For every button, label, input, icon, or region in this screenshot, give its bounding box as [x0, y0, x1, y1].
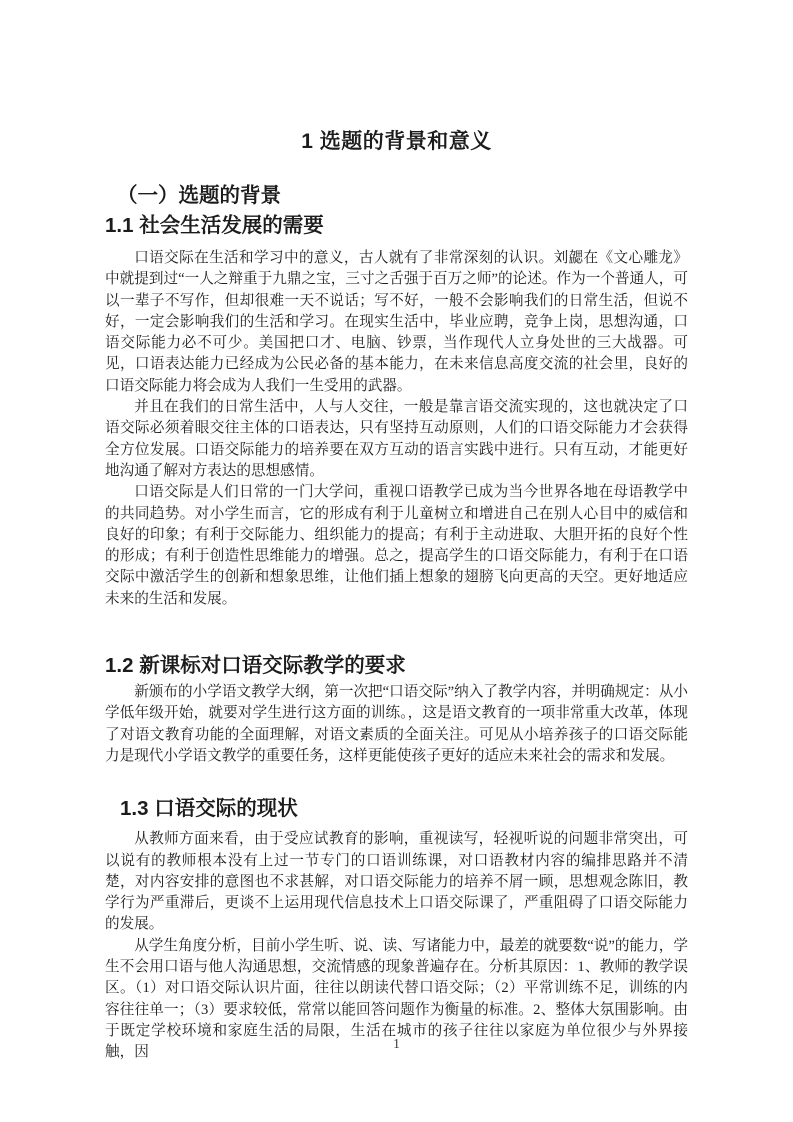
paragraph-1-1-a: 口语交际在生活和学习中的意义，古人就有了非常深刻的认识。刘勰在《文心雕龙》中就提…: [105, 248, 688, 397]
subsection-1-3-body: 从教师方面来看，由于受应试教育的影响，重视读写，轻视听说的问题非常突出，可以说有…: [105, 829, 688, 1063]
paragraph-1-1-c: 口语交际是人们日常的一门大学问，重视口语教学已成为当今世界各地在母语教学中的共同…: [105, 482, 688, 610]
subsection-heading-1-3: 1.3 口语交际的现状: [105, 797, 688, 821]
paragraph-1-3-a: 从教师方面来看，由于受应试教育的影响，重视读写，轻视听说的问题非常突出，可以说有…: [105, 829, 688, 935]
section-heading-background: （一）选题的背景: [105, 184, 688, 208]
paragraph-1-1-b: 并且在我们的日常生活中，人与人交往，一般是靠言语交流实现的，这也就决定了口语交际…: [105, 397, 688, 482]
subsection-heading-1-1: 1.1 社会生活发展的需要: [105, 214, 688, 238]
subsection-heading-1-2: 1.2 新课标对口语交际教学的要求: [105, 654, 688, 678]
subsection-1-1-body: 口语交际在生活和学习中的意义，古人就有了非常深刻的认识。刘勰在《文心雕龙》中就提…: [105, 248, 688, 610]
document-page: 1 选题的背景和意义 （一）选题的背景 1.1 社会生活发展的需要 口语交际在生…: [0, 0, 793, 1122]
document-title: 1 选题的背景和意义: [105, 130, 688, 153]
subsection-1-2-body: 新颁布的小学语文教学大纲，第一次把“口语交际”纳入了教学内容，并明确规定：从小学…: [105, 682, 688, 767]
paragraph-1-2-a: 新颁布的小学语文教学大纲，第一次把“口语交际”纳入了教学内容，并明确规定：从小学…: [105, 682, 688, 767]
page-number: 1: [0, 1036, 793, 1052]
